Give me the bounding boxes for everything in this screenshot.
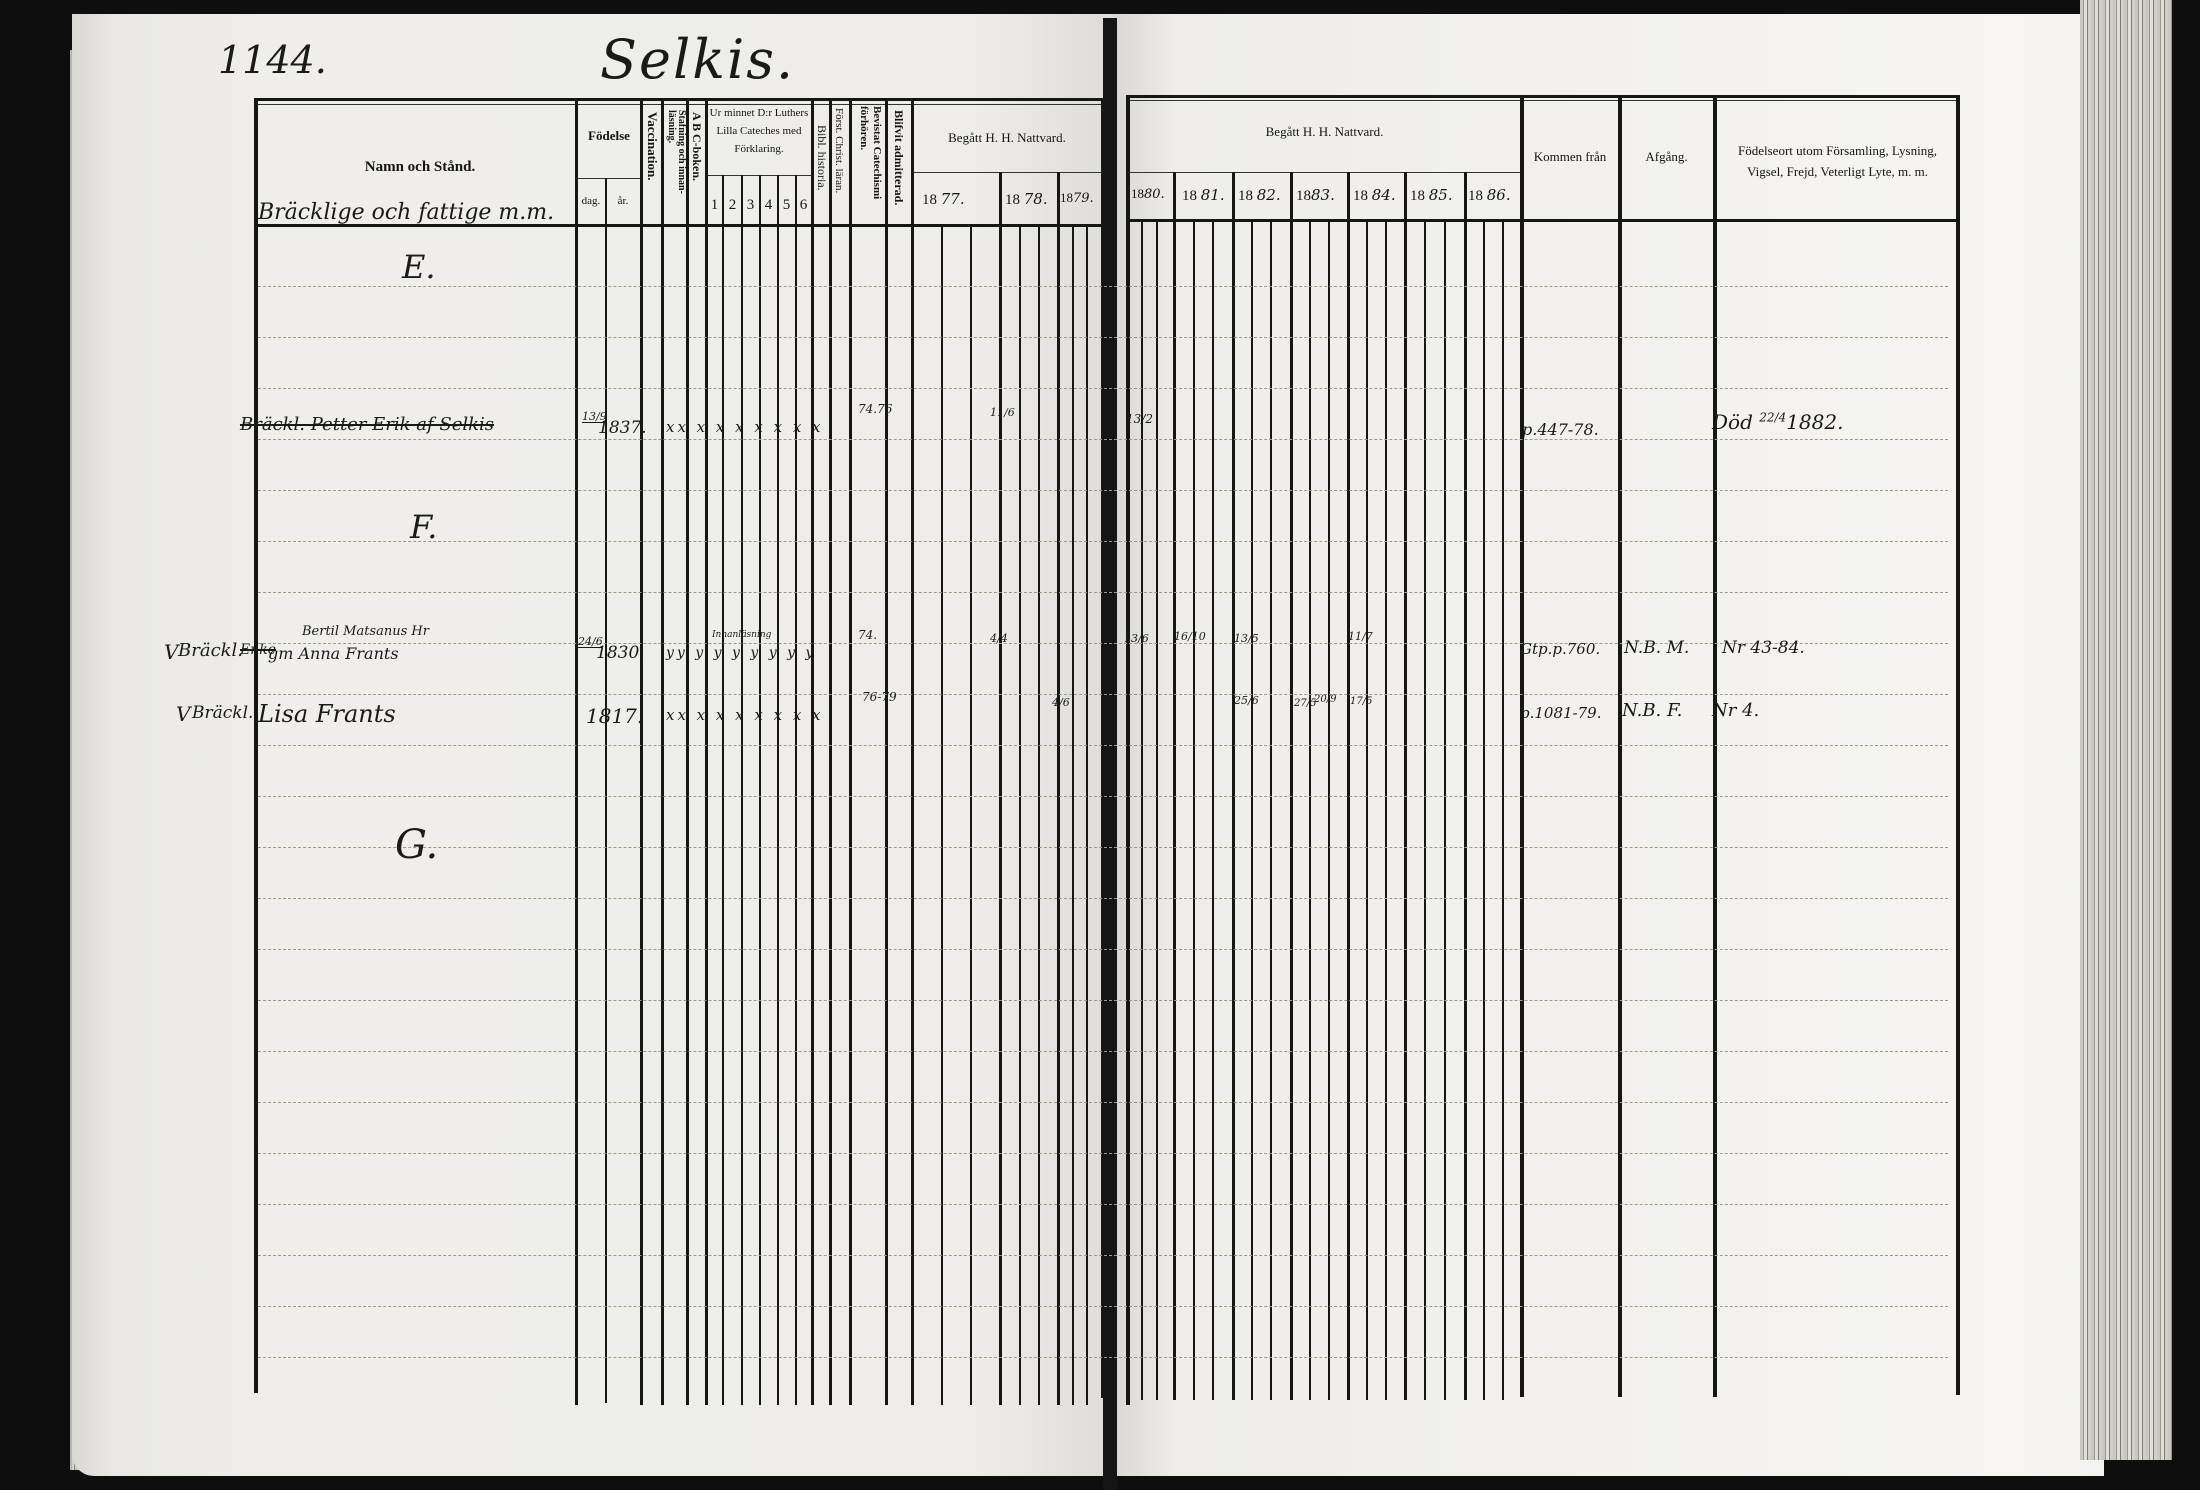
entry-2-1884: 11/7 <box>1348 630 1373 643</box>
entry-2-name-line1: Bertil Matsanus Hr <box>302 624 429 639</box>
header-fodelseort: Födelseort utom Församling, Lysning, Vig… <box>1725 140 1950 182</box>
entry-2-remark: Nr 43-84. <box>1722 638 1805 658</box>
header-luther: Ur minnet D:r Luthers Lilla Cateches med… <box>707 104 811 158</box>
letter-f: F. <box>410 508 437 546</box>
entry-3-name-prefix: Bräckl. <box>192 703 253 723</box>
entry-3-1879: 4/6 <box>1052 696 1070 709</box>
header-ar: år. <box>606 195 640 208</box>
year-1885: 18 85. <box>1410 186 1453 205</box>
luther-col-1: 1 <box>707 196 722 214</box>
header-dag: dag. <box>577 195 605 208</box>
year-1879: 1879. <box>1060 190 1094 206</box>
entry-1-remark: Död 22/41882. <box>1712 410 1843 434</box>
entry-3-1882: 25/6 <box>1234 694 1259 707</box>
header-afgang: Afgång. <box>1620 149 1713 165</box>
luther-col-4: 4 <box>760 196 777 214</box>
year-1886: 18 86. <box>1468 186 1511 205</box>
entry-3-birth-year: 1817. <box>586 704 643 728</box>
header-vaccination: Vaccination. <box>644 112 660 181</box>
page-number: 1144. <box>218 38 327 82</box>
luther-col-6: 6 <box>796 196 811 214</box>
entry-2-name-prefix: Bräckl. <box>178 640 243 661</box>
entry-1-birth-year: 1837. <box>598 418 647 438</box>
entry-2-1882: 13/5 <box>1234 632 1259 645</box>
right-page-edges <box>2080 0 2172 1460</box>
header-forst: Först. Christ. läran. <box>833 108 845 193</box>
entry-2-1881: 16/10 <box>1174 630 1206 643</box>
header-fodelse: Födelse <box>577 128 641 144</box>
entry-2-name-line2: gm Anna Frants <box>268 644 399 663</box>
header-nattvard-right: Begått H. H. Nattvard. <box>1127 124 1522 140</box>
year-1878: 18 78. <box>1005 190 1048 209</box>
entry-2-1880: 13/6 <box>1124 632 1149 645</box>
book-gutter <box>1103 18 1117 1490</box>
entry-2-prefix: V <box>164 640 178 664</box>
header-abc: A B C-boken. <box>689 112 704 181</box>
entry-2-birth-year: 1830. <box>596 643 645 663</box>
section-title: Bräcklige och fattige m.m. <box>258 200 554 225</box>
letter-g: G. <box>395 822 438 868</box>
entry-3-marks: xx x x x x x x x <box>666 706 824 724</box>
entry-2-kommen: Gtp.p.760. <box>1520 640 1600 658</box>
entry-3-catechism: 76-79 <box>862 690 897 704</box>
entry-3-afgang: N.B. F. <box>1622 700 1682 721</box>
header-bibl: Bibl. historia. <box>814 125 829 191</box>
village-title: Selkis. <box>600 28 795 91</box>
year-1881: 18 81. <box>1182 186 1225 205</box>
entry-1-marks: xx x x x x x x x <box>666 418 824 436</box>
luther-col-3: 3 <box>742 196 759 214</box>
header-stafning: Stafning och innan-läsning. <box>664 110 686 220</box>
year-1883: 1883. <box>1296 186 1335 205</box>
luther-col-5: 5 <box>778 196 795 214</box>
entry-3-1883b: 20/9 <box>1314 694 1336 705</box>
year-1884: 18 84. <box>1353 186 1396 205</box>
entry-3-prefix: V <box>176 702 190 726</box>
entry-1-catechism: 74.76 <box>858 402 892 416</box>
entry-1-1878: 11/6 <box>990 406 1015 419</box>
entry-3-name: Lisa Frants <box>258 700 396 728</box>
luther-col-2: 2 <box>724 196 741 214</box>
entry-3-kommen: p.1081-79. <box>1520 704 1601 722</box>
letter-e: E. <box>402 248 436 286</box>
header-name-col: Namn och Stånd. <box>300 158 540 176</box>
entry-3-1884: 17/5 <box>1350 696 1372 707</box>
entry-2-1878: 4/4 <box>990 632 1008 645</box>
entry-2-catechism: 74. <box>858 628 877 642</box>
entry-2-afgang: N.B. M. <box>1624 638 1689 658</box>
header-nattvard-left: Begått H. H. Nattvard. <box>912 130 1102 146</box>
header-blifvit: Blifvit admitterad. <box>891 110 906 205</box>
year-1882: 18 82. <box>1238 186 1281 205</box>
header-bevistat: Bevistat Catechismi förhören. <box>853 106 883 218</box>
entry-1-kommen: p.447-78. <box>1522 420 1599 439</box>
entry-1-name: Bräckl. Petter Erik af Selkis <box>240 414 494 435</box>
header-kommen: Kommen från <box>1522 149 1618 165</box>
year-1877: 18 77. <box>922 190 965 209</box>
entry-2-marks: yy y y y y y y y <box>666 645 816 661</box>
entry-2-marks-note: Innanläsning <box>712 630 771 640</box>
entry-3-remark: Nr 4. <box>1712 700 1759 721</box>
entry-1-1880: 13/2 <box>1126 412 1153 426</box>
year-1880: 1880. <box>1131 186 1165 202</box>
